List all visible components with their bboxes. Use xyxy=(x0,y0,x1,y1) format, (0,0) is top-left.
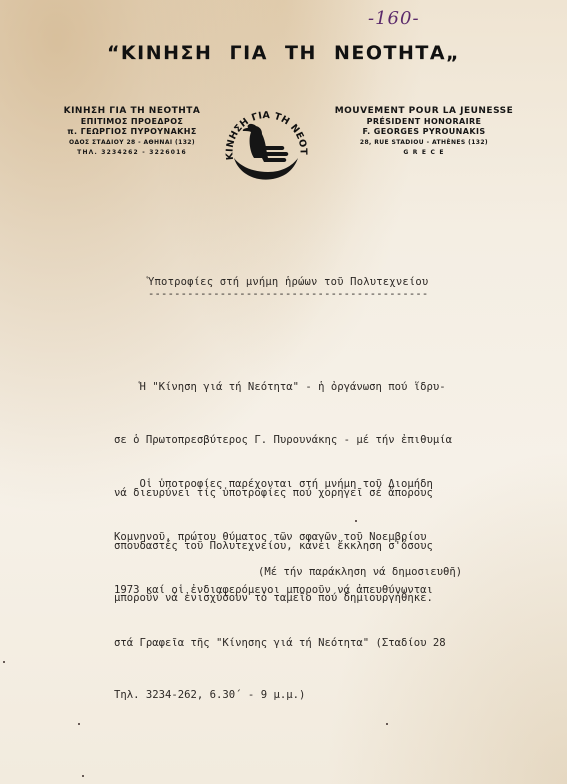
org-name-french: MOUVEMENT POUR LA JEUNESSE xyxy=(318,106,530,117)
letterhead-greek-block: ΚΙΝΗΣΗ ΓΙΑ ΤΗ ΝΕΟΤΗΤΑ ΕΠΙΤΙΜΟΣ ΠΡΟΕΔΡΟΣ … xyxy=(42,106,222,159)
paper-speck xyxy=(82,775,84,777)
address-french: 28, RUE STADIOU - ATHÈNES (132) xyxy=(318,138,530,149)
letterhead-french-block: MOUVEMENT POUR LA JEUNESSE PRÉSIDENT HON… xyxy=(318,106,530,159)
letter-page: -160- “ΚΙΝΗΣΗ ΓΙΑ ΤΗ ΝΕΟΤΗΤΑ„ ΚΙΝΗΣΗ ΓΙΑ… xyxy=(0,0,567,784)
president-name-french: F. GEORGES PYROUNAKIS xyxy=(318,127,530,138)
country-french: G R E C E xyxy=(318,148,530,159)
handwritten-page-number: -160- xyxy=(368,8,420,29)
dove-hand-logo-icon: ΚΙΝΗΣΗ ΓΙΑ ΤΗ ΝΕΟΤΗΤΑ xyxy=(222,100,310,190)
president-name-greek: π. ΓΕΩΡΓΙΟΣ ΠΥΡΟΥΝΑΚΗΣ xyxy=(42,127,222,138)
paper-speck xyxy=(3,661,5,663)
paper-speck xyxy=(355,520,357,522)
paper-speck xyxy=(78,723,80,725)
paragraph-line: 1973 καί οἱ ἐνδιαφερόμενοι μποροῦν νά ἀπ… xyxy=(114,582,534,600)
honorary-president-label-greek: ΕΠΙΤΙΜΟΣ ΠΡΟΕΔΡΟΣ xyxy=(42,117,222,128)
paragraph-line: Οἱ ὑποτροφίες παρέχονται στή μνήμη τοῦ Δ… xyxy=(114,476,534,494)
title-underline: ----------------------------------------… xyxy=(148,288,428,300)
phone-greek: ΤΗΛ. 3234262 - 3226016 xyxy=(42,148,222,159)
paragraph-line: στά Γραφεῖα τῆς "Κίνησης γιά τή Νεότητα"… xyxy=(114,635,534,653)
paper-speck xyxy=(386,723,388,725)
org-name-greek: ΚΙΝΗΣΗ ΓΙΑ ΤΗ ΝΕΟΤΗΤΑ xyxy=(42,106,222,117)
address-greek: ΟΔΟΣ ΣΤΑΔΙΟΥ 28 - ΑΘΗΝΑΙ (132) xyxy=(42,138,222,149)
document-title: Ὑποτροφίες στή μνήμη ἡρώων τοῦ Πολυτεχνε… xyxy=(148,276,428,288)
paragraph-2: Οἱ ὑποτροφίες παρέχονται στή μνήμη τοῦ Δ… xyxy=(114,441,534,740)
paragraph-line: Ἡ "Κίνηση γιά τή Νεότητα" - ἡ ὀργάνωση π… xyxy=(114,379,534,397)
letterhead-title: “ΚΙΝΗΣΗ ΓΙΑ ΤΗ ΝΕΟΤΗΤΑ„ xyxy=(0,42,567,64)
paragraph-line: Κομνηνοῦ, πρώτου θύματος τῶν σφαγῶν τοῦ … xyxy=(114,529,534,547)
paragraph-line: Τηλ. 3234-262, 6.30΄ - 9 μ.μ.) xyxy=(114,687,534,705)
closing-note: (Μέ τήν παράκληση νά δημοσιευθῆ) xyxy=(258,566,462,578)
honorary-president-label-french: PRÉSIDENT HONORAIRE xyxy=(318,117,530,128)
